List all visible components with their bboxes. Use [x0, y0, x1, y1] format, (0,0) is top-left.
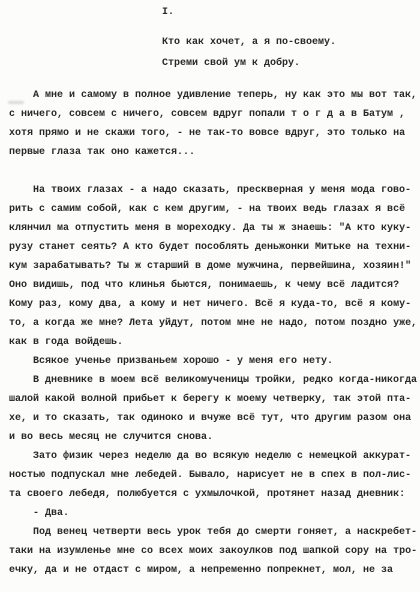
text-line: ечку, да и не отдаст с миром, а непремен…	[9, 561, 413, 580]
paragraph: В дневнике в моем всё великомученицы тро…	[9, 371, 413, 447]
text-line: с ничего, совсем с ничего, совсем вдруг …	[9, 105, 413, 124]
text-line: Зато физик через неделю да во всякую нед…	[9, 447, 413, 466]
paragraph: - Два.	[9, 504, 413, 523]
scanned-document-page: I. Кто как хочет, а я по-своему. Стреми …	[0, 0, 420, 592]
text-line: - Два.	[9, 504, 413, 523]
text-line: первые глаза так оно кажется...	[9, 143, 413, 162]
epigraph: Кто как хочет, а я по-своему. Стреми сво…	[162, 32, 420, 74]
text-line: клянчил ма отпустить меня в мореходку. Д…	[9, 219, 413, 238]
text-line: хе, и то сказать, так одиноко и вчуже вс…	[9, 409, 413, 428]
text-line: Оно видишь, под что клинья бьются, поним…	[9, 276, 413, 295]
text-line: и во весь месяц не случится снова.	[9, 428, 413, 447]
text-line: рузу станет сеять? А кто будет пособлять…	[9, 238, 413, 257]
text-line: кум зарабатывать? Ты ж старший в доме му…	[9, 257, 413, 276]
text-line: таки на изумленье мне со всех моих закоу…	[9, 542, 413, 561]
text-line: В дневнике в моем всё великомученицы тро…	[9, 371, 413, 390]
paragraph: Всякое ученье призваньем хорошо - у меня…	[9, 352, 413, 371]
text-line: рить с самим собой, как с кем другим, - …	[9, 200, 413, 219]
text-line: хотя прямо и не скажи того, - не так-то …	[9, 124, 413, 143]
text-line: как в года войдешь.	[9, 333, 413, 352]
text-line: Под венец четверти весь урок тебя до сме…	[9, 523, 413, 542]
paragraph: А мне и самому в полное удивление теперь…	[9, 86, 413, 162]
text-line: Всякое ученье призваньем хорошо - у меня…	[9, 352, 413, 371]
scan-smudge	[8, 101, 24, 104]
text-line: ностью подпускал мне лебедей. Бывало, на…	[9, 466, 413, 485]
epigraph-line: Стреми свой ум к добру.	[162, 53, 420, 74]
text-line: На твоих глазах - а надо сказать, прескв…	[9, 181, 413, 200]
text-line: Кому раз, кому два, а кому и нет ничего.…	[9, 295, 413, 314]
text-line: та своего лебедя, полюбуется с ухмылочко…	[9, 485, 413, 504]
paragraph: Под венец четверти весь урок тебя до сме…	[9, 523, 413, 580]
text-line: то, а когда же мне? Лета уйдут, потом мн…	[9, 314, 413, 333]
text-line: А мне и самому в полное удивление теперь…	[9, 86, 413, 105]
document-body: А мне и самому в полное удивление теперь…	[0, 86, 420, 580]
section-number: I.	[162, 6, 420, 20]
paragraph: Зато физик через неделю да во всякую нед…	[9, 447, 413, 504]
epigraph-line: Кто как хочет, а я по-своему.	[162, 32, 420, 53]
text-line: шалой какой волной прибьет к берегу к мо…	[9, 390, 413, 409]
paragraph: На твоих глазах - а надо сказать, прескв…	[9, 181, 413, 352]
